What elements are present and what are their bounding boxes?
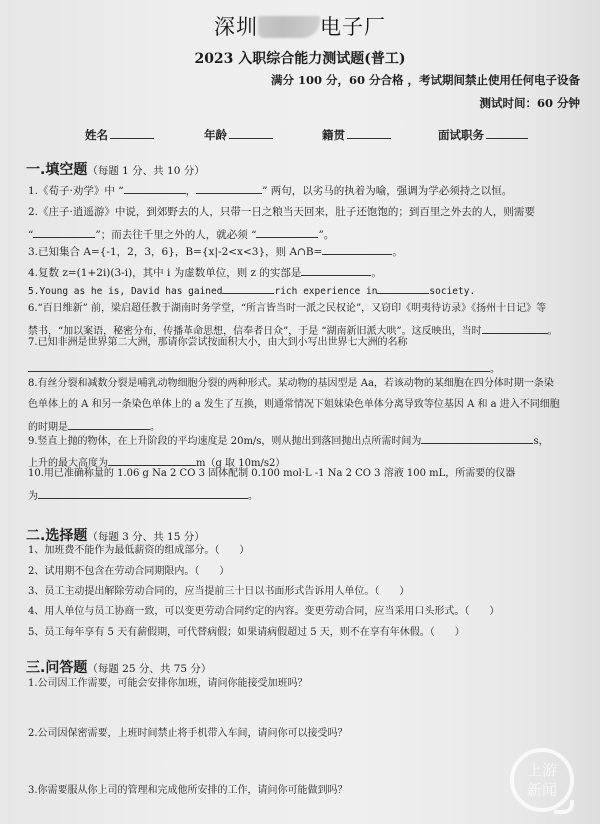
company-name: 深圳电子厂 [0, 11, 600, 41]
q-text: 色单体上的 A 和另一条染色单体上的 a 发生了互换，则通常情况下姐妹染色单体分… [28, 397, 560, 413]
answer-blank[interactable] [108, 454, 196, 466]
q-text: 10.用已准确称量的 1.06 g Na 2 CO 3 固体配制 0.100 m… [28, 466, 515, 482]
answer-blank[interactable] [482, 322, 548, 334]
question-fill-2: 2.《庄子·逍遥游》中说，到郊野去的人，只带一日之粮当天回来，肚子还饱饱的；到百… [28, 205, 535, 242]
section-note: （每题 25 分、共 75 分） [87, 663, 211, 675]
answer-blank[interactable] [301, 264, 371, 276]
answer-blank[interactable] [33, 226, 95, 238]
choice-item[interactable]: 4、用人单位与员工协商一致，可以变更劳动合同约定的内容。变更劳动合同，应当采用口… [28, 605, 499, 619]
question-fill-3: 3.已知集合 A={-1，2，3，6}，B={x|-2<x<3}，则 A∩B=。 [28, 243, 403, 259]
answer-blank[interactable] [222, 282, 274, 294]
answer-blank[interactable] [421, 432, 533, 444]
q-text: society. [429, 286, 475, 297]
redacted-mosaic [258, 16, 320, 38]
watermark-text: 新闻 [514, 780, 570, 800]
q-text: 为 [28, 491, 38, 502]
answer-blank[interactable] [28, 360, 490, 372]
question-fill-10: 10.用已准确称量的 1.06 g Na 2 CO 3 固体配制 0.100 m… [28, 466, 515, 505]
section-fill-in-title: 一.填空题（每题 1 分、共 10 分） [26, 159, 205, 179]
name-blank[interactable] [110, 126, 154, 139]
exam-title: 2023 入职综合能力测试题(普工) [0, 48, 600, 68]
section-choice-title: 二.选择题（每题 3 分、共 15 分） [26, 525, 205, 545]
age-blank[interactable] [229, 126, 273, 139]
q-text: 。 [490, 364, 500, 375]
answer-blank[interactable] [124, 182, 186, 194]
hometown-label: 籍贯 [322, 128, 345, 142]
answer-blank[interactable] [68, 418, 150, 430]
q-text: 2.《庄子·逍遥游》中说，到郊野去的人，只带一日之粮当天回来，肚子还饱饱的；到百… [28, 205, 535, 219]
q-text: ”。 [318, 229, 334, 241]
question-fill-6: 6.“百日维新” 前，梁启超任教于湖南时务学堂，“所言皆当时一派之民权论”，又窃… [28, 302, 558, 339]
qa-item: 3.你需要服从你上司的管理和完成他所安排的工作，请问你可能做到吗？ [28, 784, 348, 798]
choice-item[interactable]: 3、员工主动提出解除劳动合同的，应当提前三十日以书面形式告诉用人单位。（ ） [28, 585, 409, 599]
watermark-tail-icon [554, 800, 574, 814]
candidate-info-row: 姓名 年龄 籍贯 面试职务 [0, 126, 600, 144]
section-note: （每题 1 分、共 10 分） [87, 165, 204, 177]
choice-item[interactable]: 1、加班费不能作为最低薪资的组成部分。（ ） [28, 544, 249, 558]
q-text: 。 [371, 267, 382, 279]
q-text: 。 [548, 326, 558, 337]
q-text: ” 两句，以劣马的执着为喻，强调为学必须持之以恒。 [262, 185, 512, 197]
answer-blank[interactable] [256, 226, 318, 238]
exam-paper: 深圳电子厂 2023 入职综合能力测试题(普工) 满分 100 分，60 分合格… [0, 0, 600, 824]
q-text: 9.竖直上抛的物体，在上升阶段的平均速度是 20m/s，则从抛出到落回抛出点所需… [28, 436, 421, 447]
choice-item[interactable]: 2、试用期不包含在劳动合同期限内。（ ） [28, 565, 229, 579]
q-text: ”；而去往千里之外的人，就必须 “ [95, 229, 256, 241]
position-field[interactable]: 面试职务 [438, 126, 528, 143]
q-text: s， [533, 436, 548, 447]
section-qa-title: 三.问答题（每题 25 分、共 75 分） [26, 657, 211, 677]
name-label: 姓名 [85, 128, 108, 142]
age-field[interactable]: 年龄 [204, 126, 273, 143]
choice-item[interactable]: 5、员工每年享有 5 天有薪假期，可代替病假；如果请病假超过 5 天，则不在享有… [28, 626, 465, 640]
q-text: 7.已知非洲是世界第二大洲，那请你尝试按面积大小，由大到小写出世界七大洲的名称 [28, 336, 500, 350]
question-fill-5: 5.Young as he is, David has gainedrich e… [28, 282, 475, 299]
qa-item: 2.公司因保密需要，上班时间禁止将手机带入车间，请问你可以接受吗？ [28, 727, 348, 741]
q-text: 。 [248, 491, 258, 502]
exam-rules: 满分 100 分，60 分合格 ，考试期间禁止使用任何电子设备 [271, 72, 580, 88]
question-fill-7: 7.已知非洲是世界第二大洲，那请你尝试按面积大小，由大到小写出世界七大洲的名称 … [28, 336, 500, 377]
answer-blank[interactable] [322, 243, 392, 255]
hometown-blank[interactable] [347, 126, 391, 139]
age-label: 年龄 [204, 128, 227, 142]
q-text: 8.有丝分裂和减数分裂是哺乳动物细胞分裂的两种形式。某动物的基因型是 Aa，若该… [28, 376, 560, 392]
answer-blank[interactable] [38, 487, 248, 499]
q-text: 6.“百日维新” 前，梁启超任教于湖南时务学堂，“所言皆当时一派之民权论”，又窃… [28, 302, 558, 316]
section-title-text: 一.填空题 [26, 162, 87, 178]
hometown-field[interactable]: 籍贯 [322, 126, 391, 143]
q-text: rich experience in [274, 286, 377, 297]
name-field[interactable]: 姓名 [85, 126, 154, 143]
answer-blank[interactable] [196, 182, 262, 194]
watermark-logo: 上游 新闻 [510, 748, 574, 812]
section-title-text: 三.问答题 [26, 660, 87, 676]
question-fill-4: 4.复数 z=(1+2i)(3-i)，其中 i 为虚数单位，则 z 的实部是。 [28, 264, 382, 280]
answer-blank[interactable] [377, 282, 429, 294]
company-prefix: 深圳 [214, 15, 258, 39]
question-fill-8: 8.有丝分裂和减数分裂是哺乳动物细胞分裂的两种形式。某动物的基因型是 Aa，若该… [28, 376, 560, 436]
q-text: 4.复数 z=(1+2i)(3-i)，其中 i 为虚数单位，则 z 的实部是 [28, 267, 301, 279]
watermark-text: 上游 [514, 760, 570, 780]
section-title-text: 二.选择题 [26, 528, 87, 544]
company-suffix: 电子厂 [320, 15, 386, 39]
q-text: 1.《荀子·劝学》中 “ [28, 185, 124, 197]
qa-item: 1.公司因工作需要，可能会安排你加班，请问你能接受加班吗？ [28, 677, 308, 691]
question-fill-1: 1.《荀子·劝学》中 “，” 两句，以劣马的执着为喻，强调为学必须持之以恒。 [28, 182, 512, 198]
position-label: 面试职务 [438, 128, 484, 142]
q-text: ， [186, 185, 197, 197]
q-text: 3.已知集合 A={-1，2，3，6}，B={x|-2<x<3}，则 A∩B= [28, 246, 322, 258]
q-text: 。 [392, 246, 403, 258]
q-text: 5.Young as he is, David has gained [28, 286, 222, 297]
section-note: （每题 3 分、共 15 分） [87, 531, 204, 543]
exam-time: 测试时间：60 分钟 [479, 95, 580, 111]
position-blank[interactable] [486, 126, 528, 139]
